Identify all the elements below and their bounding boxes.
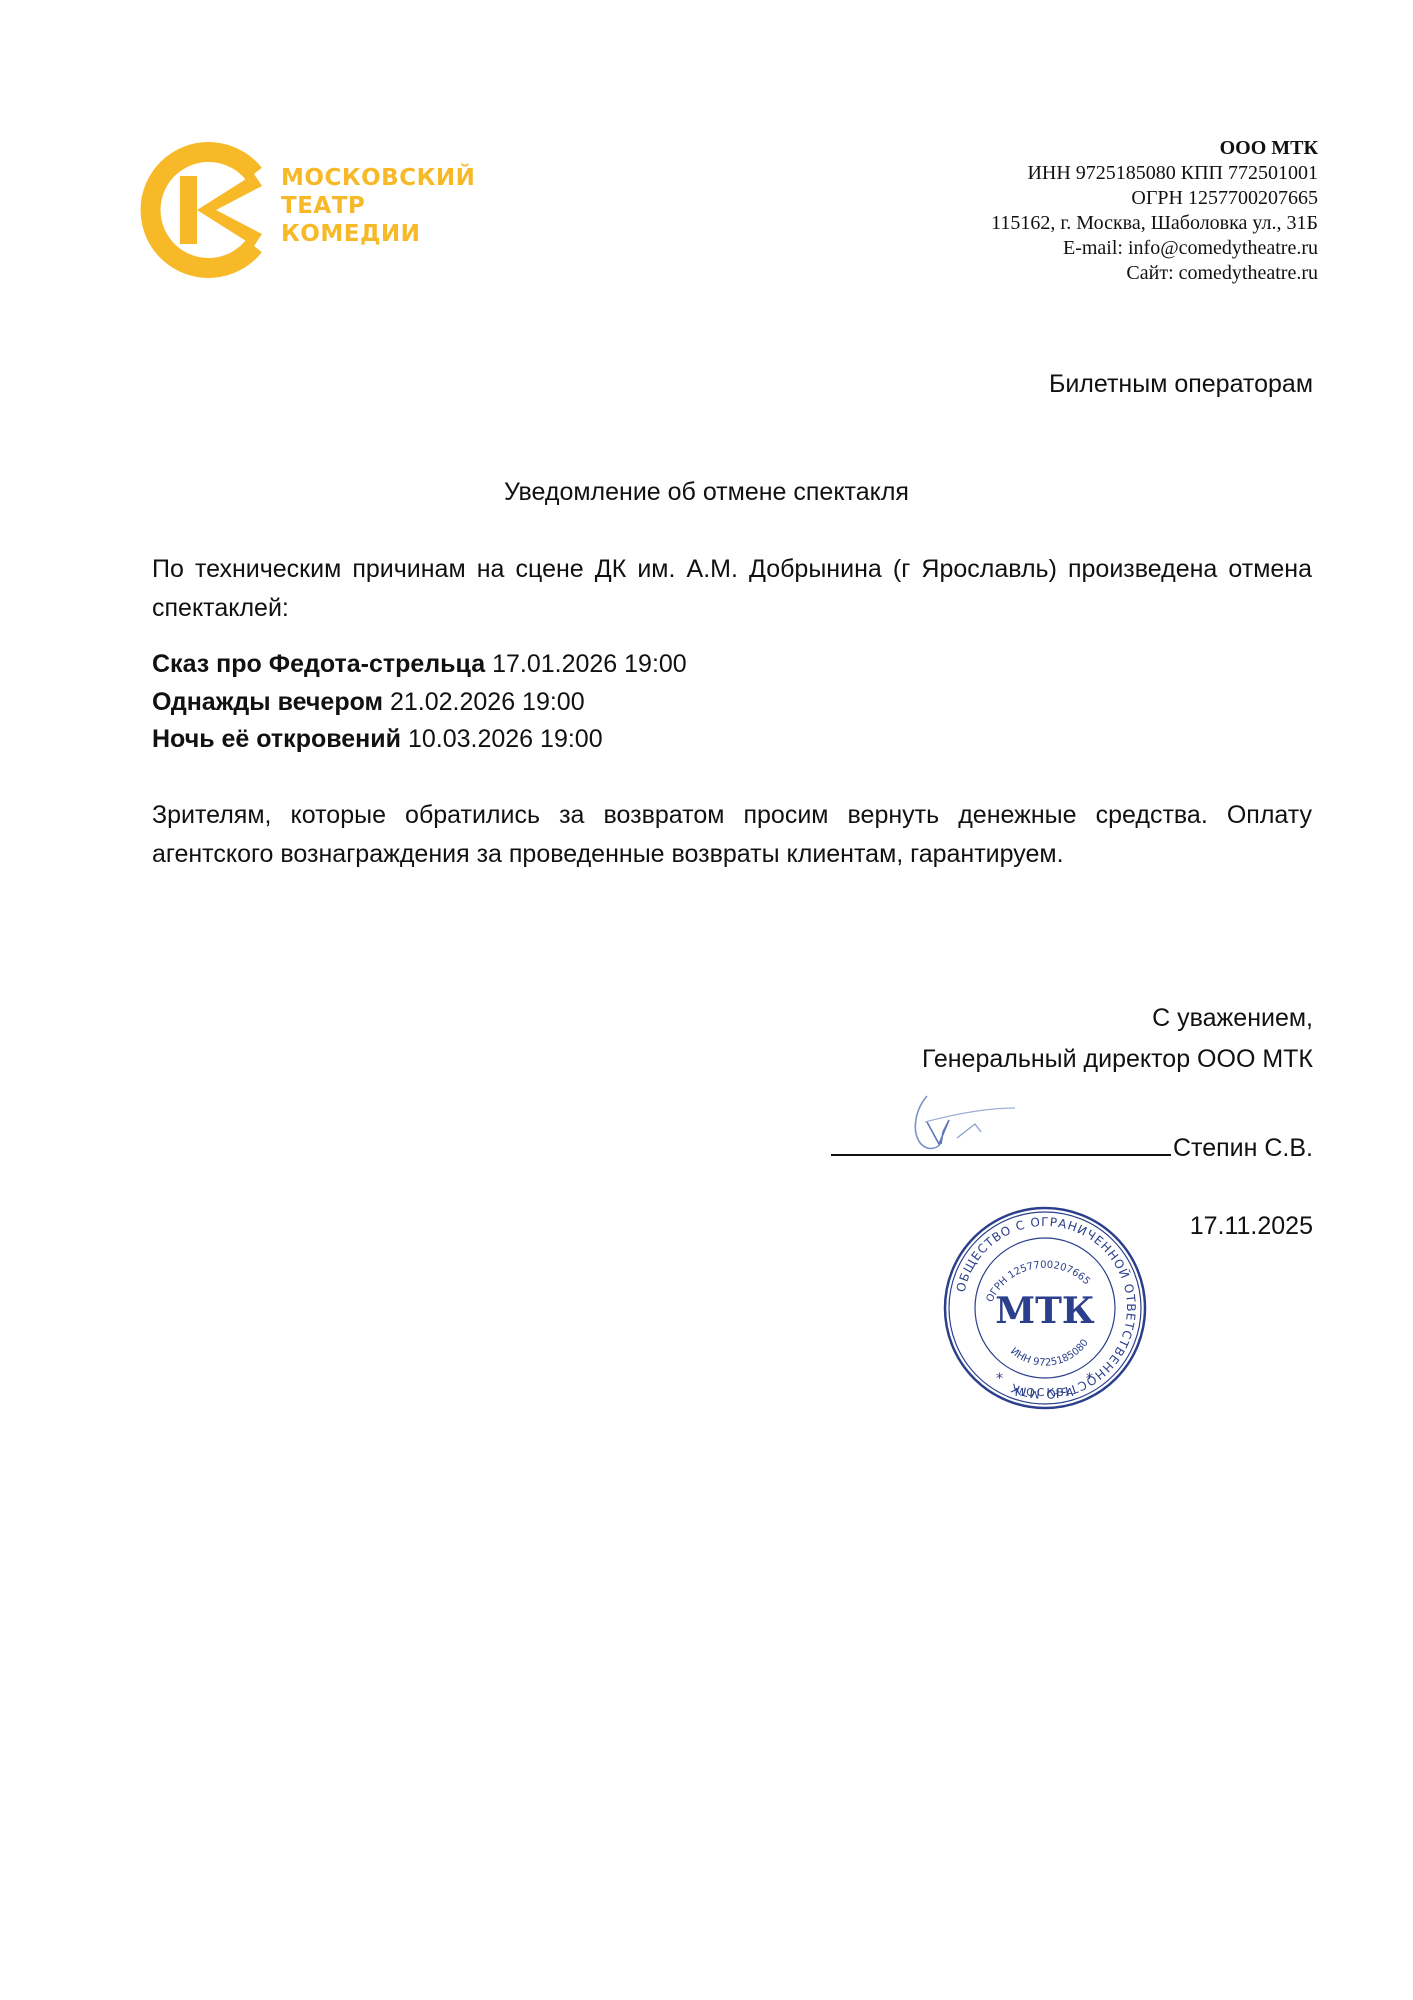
- paragraph-intro: По техническим причинам на сцене ДК им. …: [152, 550, 1312, 628]
- regards: С уважением,: [922, 998, 1313, 1039]
- list-item: Ночь её откровений 10.03.2026 19:00: [152, 721, 687, 759]
- signer-position: Генеральный директор ООО МТК: [922, 1039, 1313, 1080]
- letter-page: МОСКОВСКИЙ ТЕАТР КОМЕДИИ ООО МТК ИНН 972…: [0, 0, 1413, 2000]
- logo-line-1: МОСКОВСКИЙ: [281, 164, 475, 192]
- paragraph-refunds: Зрителям, которые обратились за возврато…: [152, 796, 1312, 874]
- list-item: Однажды вечером 21.02.2026 19:00: [152, 684, 687, 722]
- cancelled-shows-list: Сказ про Федота-стрельца 17.01.2026 19:0…: [152, 646, 687, 759]
- document-title: Уведомление об отмене спектакля: [0, 478, 1413, 507]
- list-item: Сказ про Федота-стрельца 17.01.2026 19:0…: [152, 646, 687, 684]
- email: E-mail: info@comedytheatre.ru: [991, 236, 1318, 261]
- closing-block: С уважением, Генеральный директор ООО МТ…: [922, 998, 1313, 1080]
- document-date: 17.11.2025: [1190, 1212, 1313, 1241]
- show-title: Сказ про Федота-стрельца: [152, 650, 485, 678]
- svg-text:*: *: [996, 1371, 1003, 1387]
- show-datetime: 17.01.2026 19:00: [492, 650, 687, 678]
- inn-kpp: ИНН 9725185080 КПП 772501001: [991, 161, 1318, 186]
- addressee: Билетным операторам: [1049, 370, 1313, 399]
- company-requisites: ООО МТК ИНН 9725185080 КПП 772501001 ОГР…: [991, 136, 1318, 286]
- svg-text:МТК: МТК: [995, 1290, 1095, 1332]
- show-datetime: 10.03.2026 19:00: [408, 725, 603, 753]
- show-datetime: 21.02.2026 19:00: [390, 688, 585, 716]
- signer-name: Степин С.В.: [1173, 1134, 1313, 1162]
- org-name: ООО МТК: [991, 136, 1318, 161]
- address: 115162, г. Москва, Шаболовка ул., 31Б: [991, 211, 1318, 236]
- svg-text:ИНН 9725185080: ИНН 9725185080: [1008, 1338, 1091, 1369]
- theatre-logo: МОСКОВСКИЙ ТЕАТР КОМЕДИИ: [136, 140, 496, 280]
- svg-text:*: *: [1086, 1371, 1093, 1387]
- logo-line-2: ТЕАТР: [281, 192, 475, 220]
- signature-underline: [831, 1128, 1171, 1156]
- svg-text:МОСКВА: МОСКВА: [1015, 1386, 1076, 1399]
- logo-line-3: КОМЕДИИ: [281, 220, 475, 248]
- website: Сайт: comedytheatre.ru: [991, 261, 1318, 286]
- ogrn: ОГРН 1257700207665: [991, 186, 1318, 211]
- company-stamp-icon: ОБЩЕСТВО С ОГРАНИЧЕННОЙ ОТВЕТСТВЕННОСТЬЮ…: [940, 1203, 1150, 1413]
- show-title: Однажды вечером: [152, 688, 383, 716]
- logo-c-k-icon: [136, 140, 276, 280]
- logo-wordmark: МОСКОВСКИЙ ТЕАТР КОМЕДИИ: [281, 164, 475, 248]
- signature-line: Степин С.В.: [831, 1128, 1313, 1163]
- show-title: Ночь её откровений: [152, 725, 401, 753]
